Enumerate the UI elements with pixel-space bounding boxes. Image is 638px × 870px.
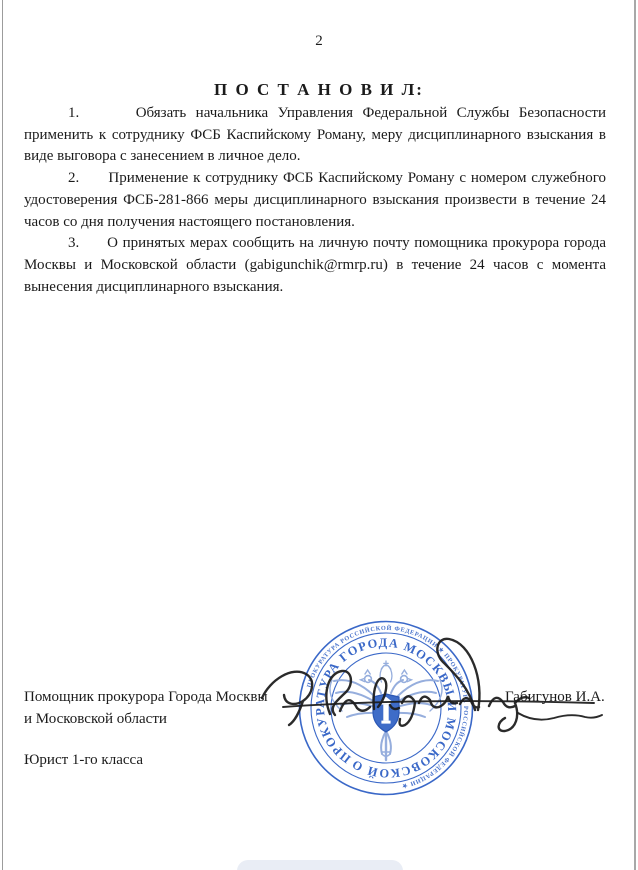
document-body: 1. Обязать начальника Управления Федерал… xyxy=(24,103,606,298)
page-left-border xyxy=(2,0,3,870)
page-number: 2 xyxy=(0,33,638,50)
paragraph-2: 2. Применение к сотруднику ФСБ Каспийско… xyxy=(24,168,606,233)
signer-position: Помощник прокурора Города Москвы и Моско… xyxy=(24,687,268,730)
page-right-border xyxy=(634,0,636,870)
handwritten-signature xyxy=(256,618,620,748)
signer-rank: Юрист 1-го класса xyxy=(24,750,143,772)
paragraph-3: 3. О принятых мерах сообщить на личную п… xyxy=(24,233,606,298)
signer-position-line2: и Московской области xyxy=(24,709,268,731)
document-title: П О С Т А Н О В И Л: xyxy=(0,80,638,100)
signer-position-line1: Помощник прокурора Города Москвы xyxy=(24,687,268,709)
paragraph-1: 1. Обязать начальника Управления Федерал… xyxy=(24,103,606,168)
bottom-floating-pill[interactable] xyxy=(237,860,403,870)
